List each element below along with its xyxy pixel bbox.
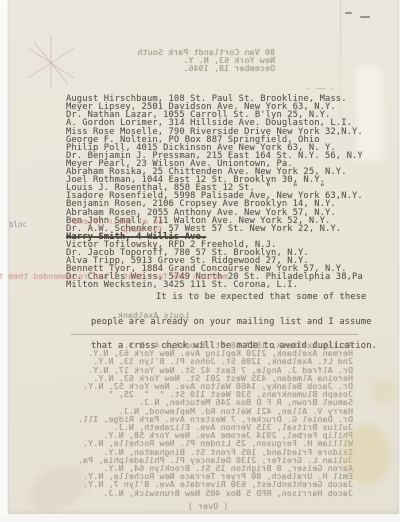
- bleedthrough-header-line: December 18, 1946.: [115, 64, 275, 72]
- blue-margin-note: bloc: [9, 220, 27, 229]
- bleedthrough-back-list: Philip Axelbank, 1817 68 St. Brooklyn 4,…: [78, 341, 353, 497]
- ink-speck: [360, 16, 370, 18]
- bleedthrough-red-fragment: for help: [33, 224, 163, 234]
- yellow-stain: [343, 425, 391, 485]
- ink-speck: [345, 12, 352, 14]
- yellow-stain: [370, 378, 396, 404]
- paragraph-line: It is to be expected that some of these: [91, 293, 377, 301]
- bleedthrough-list-line: Jacob Harrison, RFD 5 Box 405 New Brunsw…: [78, 489, 353, 497]
- bleedthrough-over-label: ( Over ): [180, 502, 236, 510]
- bleedthrough-rule: [71, 334, 358, 335]
- bleedthrough-header-block: 80 Van Cortlandt Park South New York 63,…: [115, 48, 275, 73]
- scanned-document-page: { "page": { "bleed_header": { "lines": […: [0, 0, 400, 522]
- bleedthrough-signature: Louis Axelbank: [121, 311, 189, 319]
- scan-background: [0, 514, 400, 522]
- paper-sheet: 80 Van Cortlandt Park South New York 63,…: [8, 0, 399, 514]
